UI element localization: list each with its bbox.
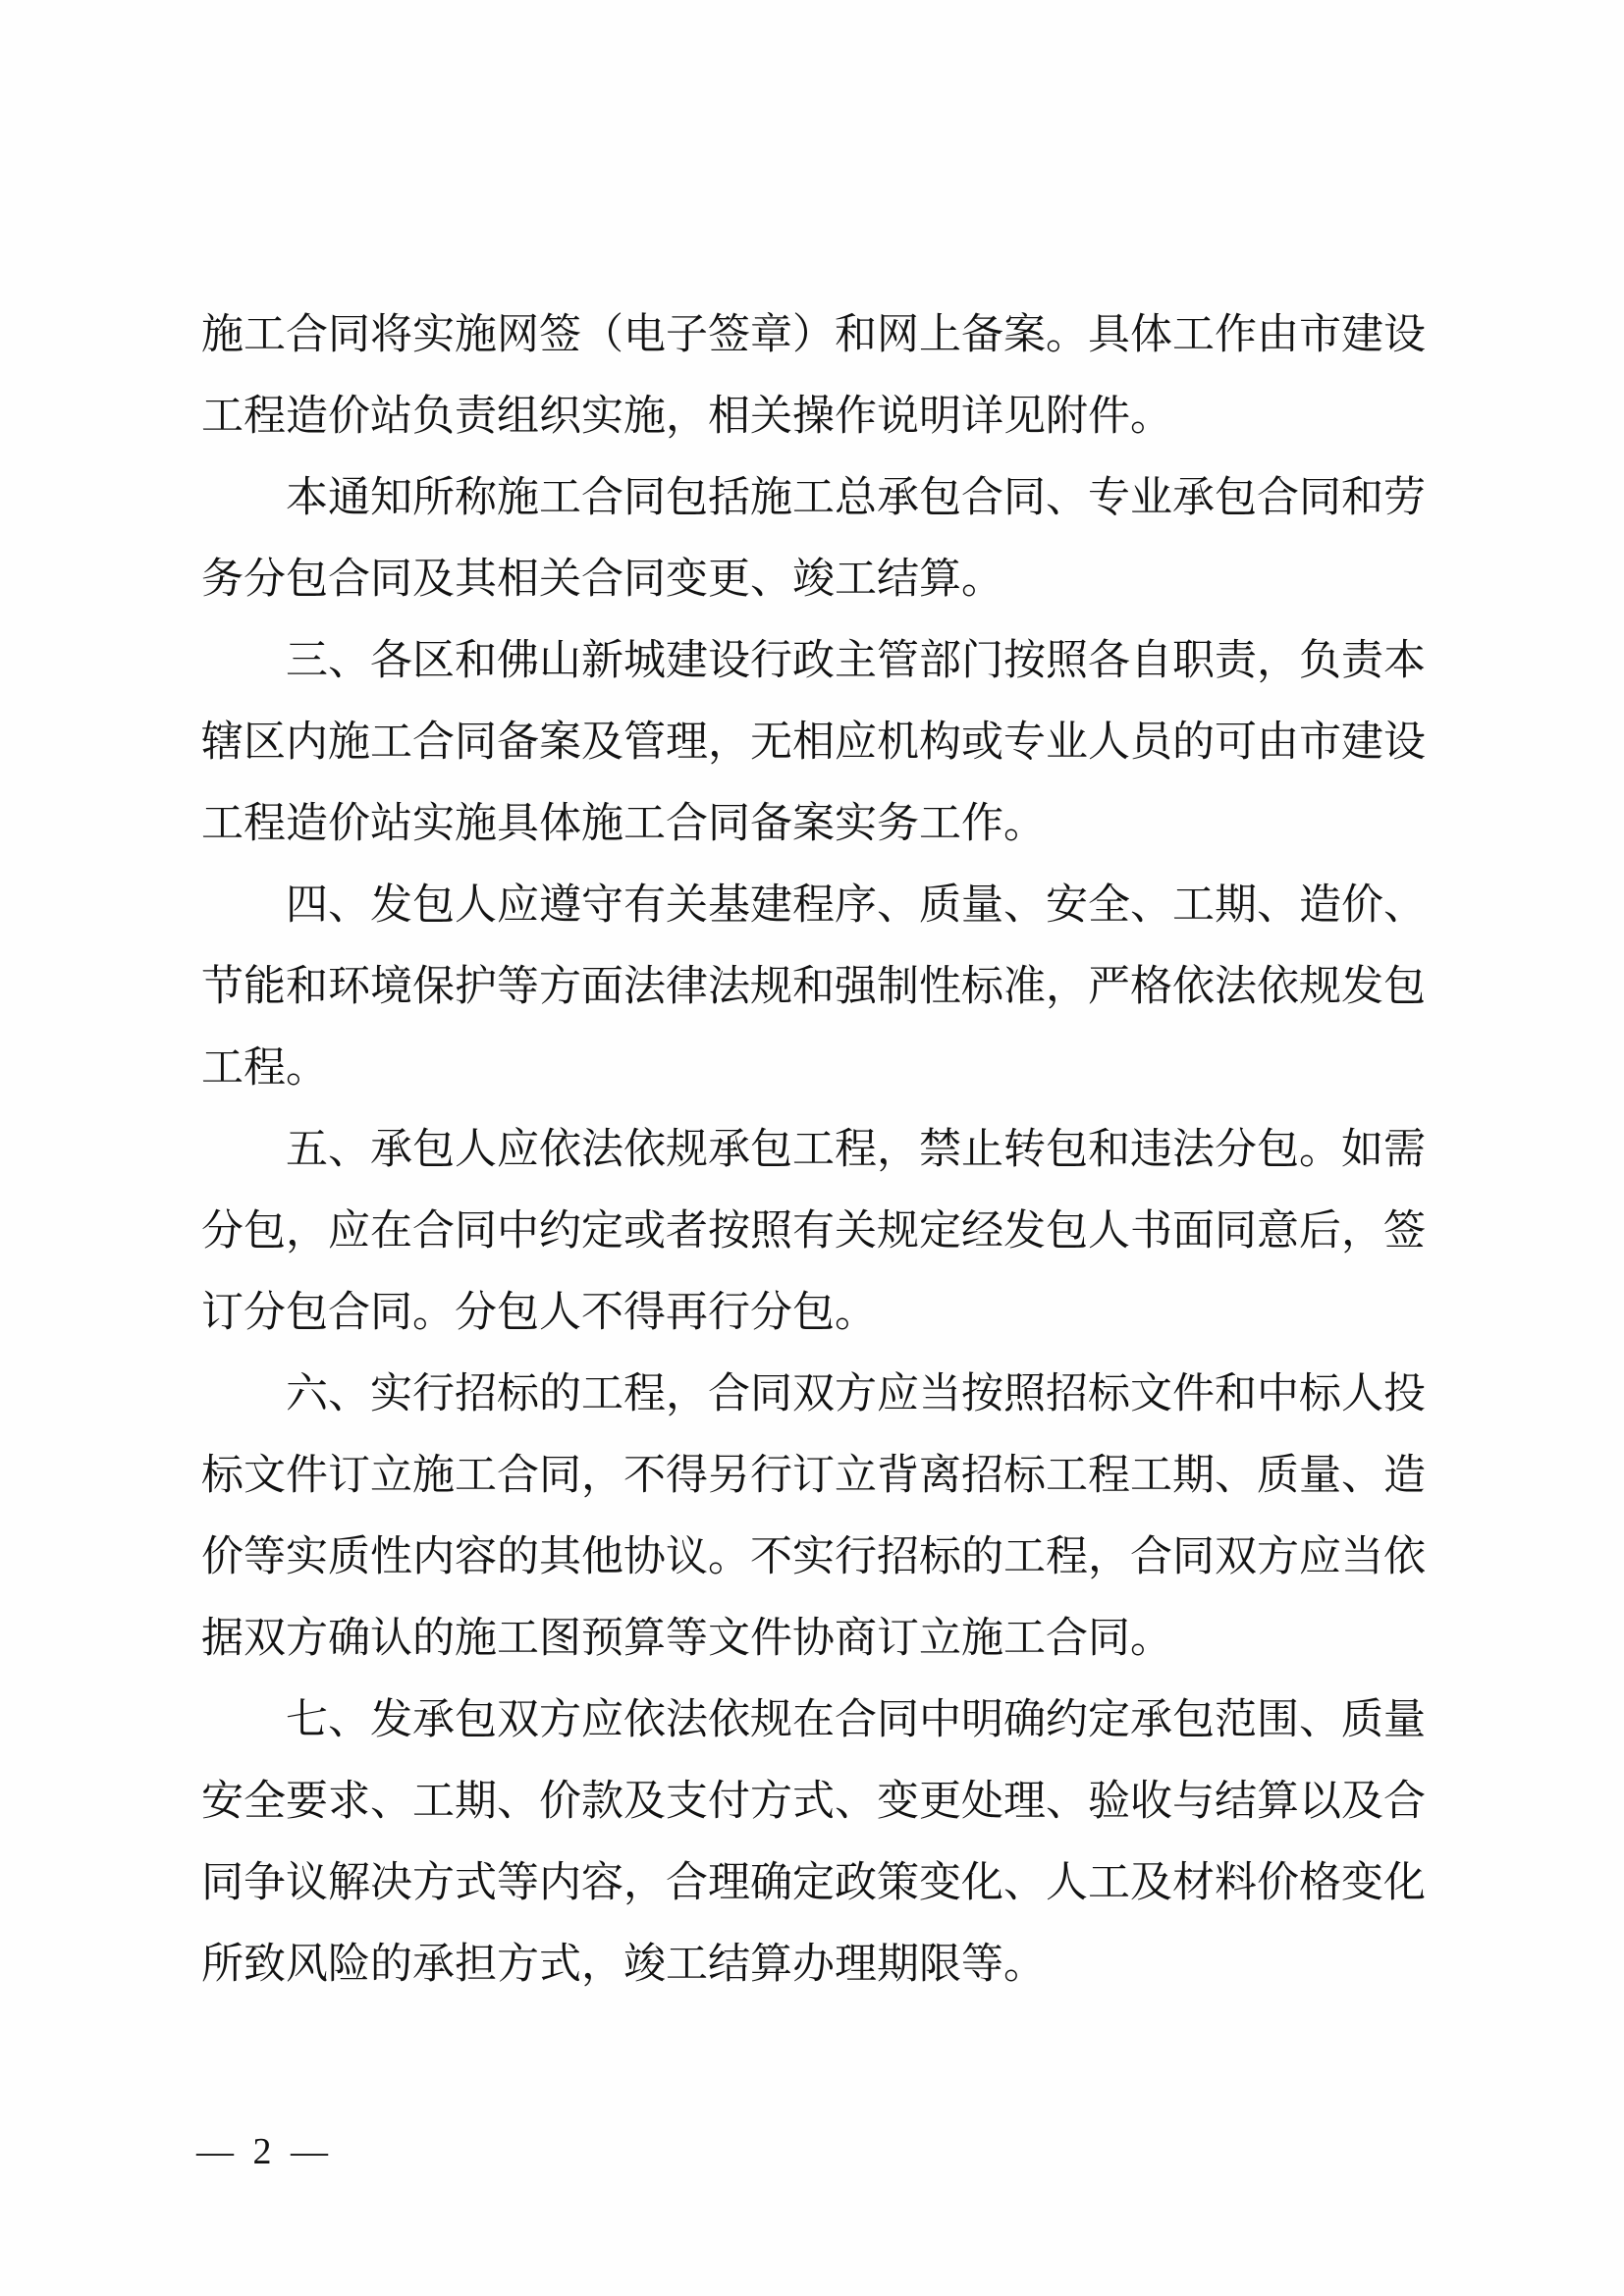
paragraph-item-7: 七、发承包双方应依法依规在合同中明确约定承包范围、质量安全要求、工期、价款及支付… [201, 1680, 1426, 2005]
paragraph-item-6: 六、实行招标的工程，合同双方应当按照招标文件和中标人投标文件订立施工合同，不得另… [201, 1354, 1426, 1680]
document-page: 施工合同将实施网签（电子签章）和网上备案。具体工作由市建设工程造价站负责组织实施… [0, 0, 1624, 2296]
paragraph-scope: 本通知所称施工合同包括施工总承包合同、专业承包合同和劳务分包合同及其相关合同变更… [201, 457, 1426, 620]
paragraph-item-3: 三、各区和佛山新城建设行政主管部门按照各自职责，负责本辖区内施工合同备案及管理，… [201, 620, 1426, 865]
page-footer: — 2 — [196, 2128, 333, 2175]
paragraph-item-5: 五、承包人应依法依规承包工程，禁止转包和违法分包。如需分包，应在合同中约定或者按… [201, 1109, 1426, 1354]
page-number: — 2 — [196, 2131, 333, 2172]
document-body: 施工合同将实施网签（电子签章）和网上备案。具体工作由市建设工程造价站负责组织实施… [201, 294, 1426, 2005]
paragraph-continuation: 施工合同将实施网签（电子签章）和网上备案。具体工作由市建设工程造价站负责组织实施… [201, 294, 1426, 457]
paragraph-item-4: 四、发包人应遵守有关基建程序、质量、安全、工期、造价、节能和环境保护等方面法律法… [201, 865, 1426, 1109]
